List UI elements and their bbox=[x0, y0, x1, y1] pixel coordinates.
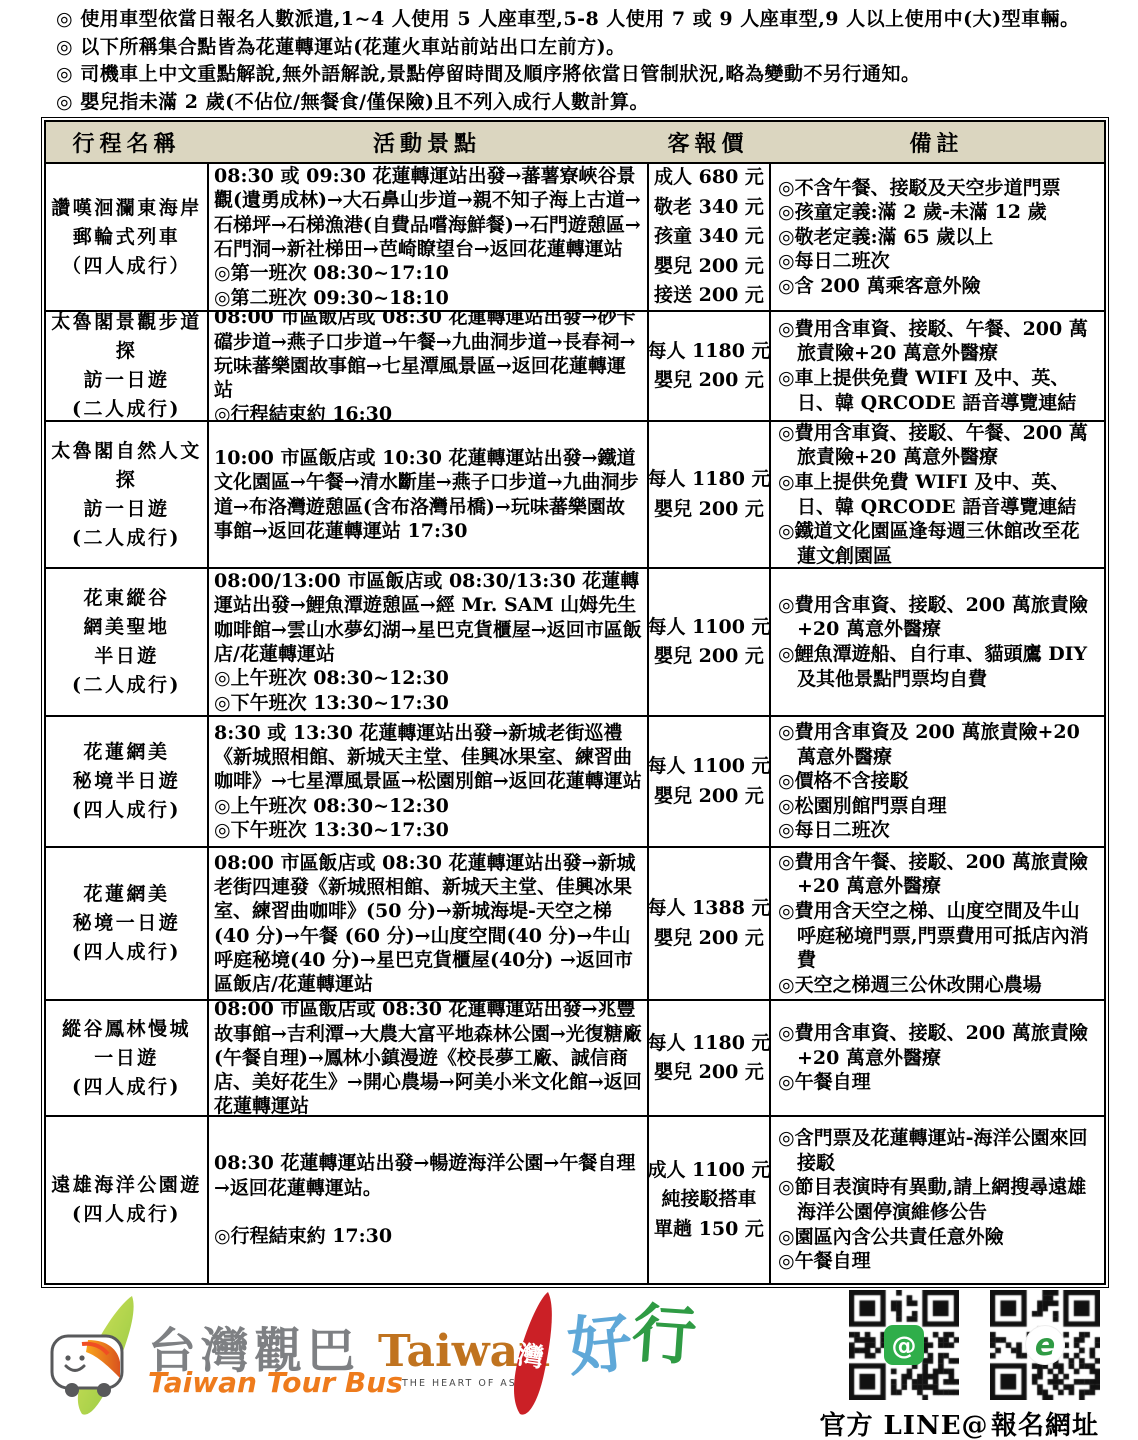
tour-itinerary: 08:00 市區飯店或 08:30 花蓮轉運站出發→兆豐故事館→吉利潭→大農大富… bbox=[207, 1001, 647, 1115]
tour-itinerary: 10:00 市區飯店或 10:30 花蓮轉運站出發→鐵道文化園區→午餐→清水斷崖… bbox=[207, 422, 647, 567]
tour-price: 每人 1100 元嬰兒 200 元 bbox=[647, 717, 769, 846]
col-header-itinerary-name: 行程名稱 bbox=[46, 122, 207, 162]
tour-name: 太魯閣自然人文探訪一日遊(二人成行) bbox=[46, 422, 207, 567]
tour-name: 縱谷鳳林慢城一日遊(四人成行) bbox=[46, 1001, 207, 1115]
tour-name: 花蓮網美秘境半日遊(四人成行) bbox=[46, 717, 207, 846]
taiwan-tour-bus-logo: 台灣觀巴 Taiwan Tour Bus bbox=[48, 1294, 368, 1424]
line-qr-block: @ 官方 LINE@ bbox=[829, 1290, 979, 1440]
tour-price: 每人 1180 元嬰兒 200 元 bbox=[647, 1001, 769, 1115]
taiwan-haoxing-logo: 灣 好 行 bbox=[506, 1290, 696, 1426]
tour-bus-title-en: Taiwan Tour Bus bbox=[148, 1366, 403, 1399]
table-row: 太魯閣自然人文探訪一日遊(二人成行) 10:00 市區飯店或 10:30 花蓮轉… bbox=[46, 420, 1104, 567]
table-row: 太魯閣景觀步道探訪一日遊(二人成行) 08:00 市區飯店或 08:30 花蓮轉… bbox=[46, 310, 1104, 420]
col-header-price: 客報價 bbox=[647, 122, 769, 162]
table-row: 花東縱谷網美聖地半日遊(二人成行) 08:00/13:00 市區飯店或 08:3… bbox=[46, 567, 1104, 715]
qr-code-signup: e bbox=[990, 1290, 1100, 1400]
tour-name: 讚嘆洄瀾東海岸郵輪式列車（四人成行） bbox=[46, 164, 207, 310]
haoxing-swirl-icon: e bbox=[1025, 1325, 1065, 1365]
tour-price: 每人 1180 元嬰兒 200 元 bbox=[647, 312, 769, 420]
haoxing-hao-character: 好 bbox=[565, 1311, 635, 1381]
tour-table: 行程名稱 活動景點 客報價 備註 讚嘆洄瀾東海岸郵輪式列車（四人成行） 08:3… bbox=[44, 120, 1106, 1285]
tour-bus-island-icon bbox=[48, 1294, 160, 1420]
col-header-remarks: 備註 bbox=[769, 122, 1104, 162]
tour-itinerary: 8:30 或 13:30 花蓮轉運站出發→新城老街巡禮《新城照相館、新城天主堂、… bbox=[207, 717, 647, 846]
tour-remarks: ◎費用含車資及 200 萬旅責險+20 萬意外醫療◎價格不含接駁◎松園別館門票自… bbox=[769, 717, 1104, 846]
tour-remarks: ◎費用含車資、接駁、200 萬旅責險+20 萬意外醫療◎午餐自理 bbox=[769, 1001, 1104, 1115]
tour-name: 遠雄海洋公園遊(四人成行) bbox=[46, 1117, 207, 1283]
tour-remarks: ◎不含午餐、接駁及天空步道門票◎孩童定義:滿 2 歲-未滿 12 歲◎敬老定義:… bbox=[769, 164, 1104, 310]
tour-remarks: ◎費用含車資、接駁、午餐、200 萬旅責險+20 萬意外醫療◎車上提供免費 WI… bbox=[769, 312, 1104, 420]
col-header-activity-spots: 活動景點 bbox=[207, 122, 647, 162]
table-row: 遠雄海洋公園遊(四人成行) 08:30 花蓮轉運站出發→暢遊海洋公園→午餐自理→… bbox=[46, 1115, 1104, 1283]
haoxing-xing-character: 行 bbox=[630, 1302, 698, 1370]
footer-logos: 台灣觀巴 Taiwan Tour Bus Taiwan THE HEART OF… bbox=[0, 1282, 1138, 1440]
tour-remarks: ◎費用含車資、接駁、200 萬旅責險+20 萬意外醫療◎鯉魚潭遊船、自行車、貓頭… bbox=[769, 569, 1104, 715]
line-at-icon: @ bbox=[884, 1325, 924, 1365]
haoxing-island-icon: 灣 bbox=[506, 1290, 562, 1422]
top-notes: ◎ 使用車型依當日報名人數派遣,1~4 人使用 5 人座車型,5-8 人使用 7… bbox=[56, 6, 1080, 116]
tour-remarks: ◎費用含午餐、接駁、200 萬旅責險+20 萬意外醫療◎費用含天空之梯、山度空間… bbox=[769, 848, 1104, 999]
bus-icon bbox=[52, 1336, 122, 1397]
tour-price: 每人 1100 元嬰兒 200 元 bbox=[647, 569, 769, 715]
tour-price: 每人 1388 元嬰兒 200 元 bbox=[647, 848, 769, 999]
qr-label-line: 官方 LINE@ bbox=[819, 1405, 988, 1440]
qr-label-signup: 報名網址 bbox=[991, 1405, 1099, 1440]
tour-name: 花蓮網美秘境一日遊(四人成行) bbox=[46, 848, 207, 999]
tour-name: 太魯閣景觀步道探訪一日遊(二人成行) bbox=[46, 312, 207, 420]
tour-itinerary: 08:00 市區飯店或 08:30 花蓮轉運站出發→新城老街四連發《新城照相館、… bbox=[207, 848, 647, 999]
tour-itinerary: 08:30 或 09:30 花蓮轉運站出發→蕃薯寮峽谷景觀(遺勇成林)→大石鼻山… bbox=[207, 164, 647, 310]
tour-price: 成人 1100 元純接駁搭車單趟 150 元 bbox=[647, 1117, 769, 1283]
haoxing-wan-character: 灣 bbox=[516, 1334, 547, 1374]
tour-itinerary: 08:30 花蓮轉運站出發→暢遊海洋公園→午餐自理→返回花蓮轉運站。◎行程結束約… bbox=[207, 1117, 647, 1283]
signup-qr-block: e 報名網址 bbox=[970, 1290, 1120, 1440]
tour-remarks: ◎含門票及花蓮轉運站-海洋公園來回接駁◎節目表演時有異動,請上網搜尋遠雄海洋公園… bbox=[769, 1117, 1104, 1283]
tour-price: 成人 680 元敬老 340 元孩童 340 元嬰兒 200 元接送 200 元 bbox=[647, 164, 769, 310]
table-row: 讚嘆洄瀾東海岸郵輪式列車（四人成行） 08:30 或 09:30 花蓮轉運站出發… bbox=[46, 162, 1104, 310]
tour-name: 花東縱谷網美聖地半日遊(二人成行) bbox=[46, 569, 207, 715]
table-row: 花蓮網美秘境一日遊(四人成行) 08:00 市區飯店或 08:30 花蓮轉運站出… bbox=[46, 846, 1104, 999]
table-header-row: 行程名稱 活動景點 客報價 備註 bbox=[46, 122, 1104, 162]
table-row: 花蓮網美秘境半日遊(四人成行) 8:30 或 13:30 花蓮轉運站出發→新城老… bbox=[46, 715, 1104, 846]
tour-itinerary: 08:00 市區飯店或 08:30 花蓮轉運站出發→砂卡礑步道→燕子口步道→午餐… bbox=[207, 312, 647, 420]
table-row: 縱谷鳳林慢城一日遊(四人成行) 08:00 市區飯店或 08:30 花蓮轉運站出… bbox=[46, 999, 1104, 1115]
tour-price: 每人 1180 元嬰兒 200 元 bbox=[647, 422, 769, 567]
qr-code-line: @ bbox=[849, 1290, 959, 1400]
tour-itinerary: 08:00/13:00 市區飯店或 08:30/13:30 花蓮轉運站出發→鯉魚… bbox=[207, 569, 647, 715]
tour-remarks: ◎費用含車資、接駁、午餐、200 萬旅責險+20 萬意外醫療◎車上提供免費 WI… bbox=[769, 422, 1104, 567]
